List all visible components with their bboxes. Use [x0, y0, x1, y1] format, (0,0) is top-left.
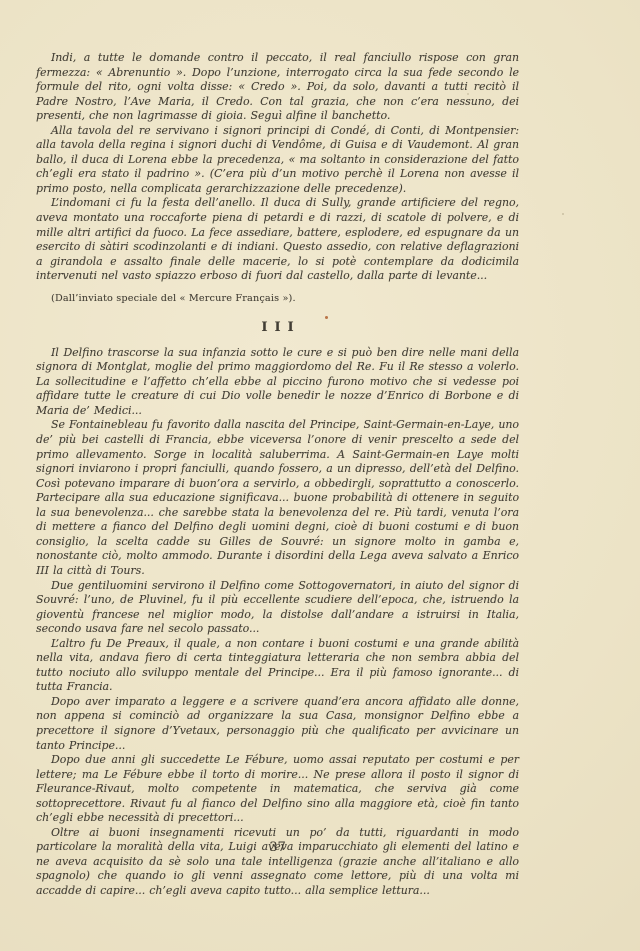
body-lower: Il Delfino trascorse la sua infanzia sot…: [36, 346, 519, 899]
text-column: Indi, a tutte le domande contro il pecca…: [36, 51, 519, 899]
paragraph: Alla tavola del re servivano i signori p…: [36, 124, 519, 197]
paragraph: Il Delfino trascorse la sua infanzia sot…: [36, 346, 519, 419]
paragraph: L’altro fu De Preaux, il quale, a non co…: [36, 637, 519, 695]
paragraph: Se Fontainebleau fu favorito dalla nasci…: [36, 418, 519, 578]
paper-speck: [562, 213, 564, 215]
body-upper: Indi, a tutte le domande contro il pecca…: [36, 51, 519, 284]
section-heading: III: [36, 320, 519, 335]
page-number: 37: [36, 840, 519, 855]
paragraph: Due gentiluomini servirono il Delfino co…: [36, 579, 519, 637]
paragraph: L’indomani ci fu la festa dell’anello. I…: [36, 196, 519, 283]
paragraph: Dopo aver imparato a leggere e a scriver…: [36, 695, 519, 753]
source-attribution: (Dall’inviato speciale del « Mercure Fra…: [51, 293, 519, 305]
paragraph: Dopo due anni gli succedette Le Fébure, …: [36, 753, 519, 826]
paragraph: Indi, a tutte le domande contro il pecca…: [36, 51, 519, 124]
book-page: Indi, a tutte le domande contro il pecca…: [0, 0, 640, 951]
paragraph: Oltre ai buoni insegnamenti ricevuti un …: [36, 826, 519, 899]
